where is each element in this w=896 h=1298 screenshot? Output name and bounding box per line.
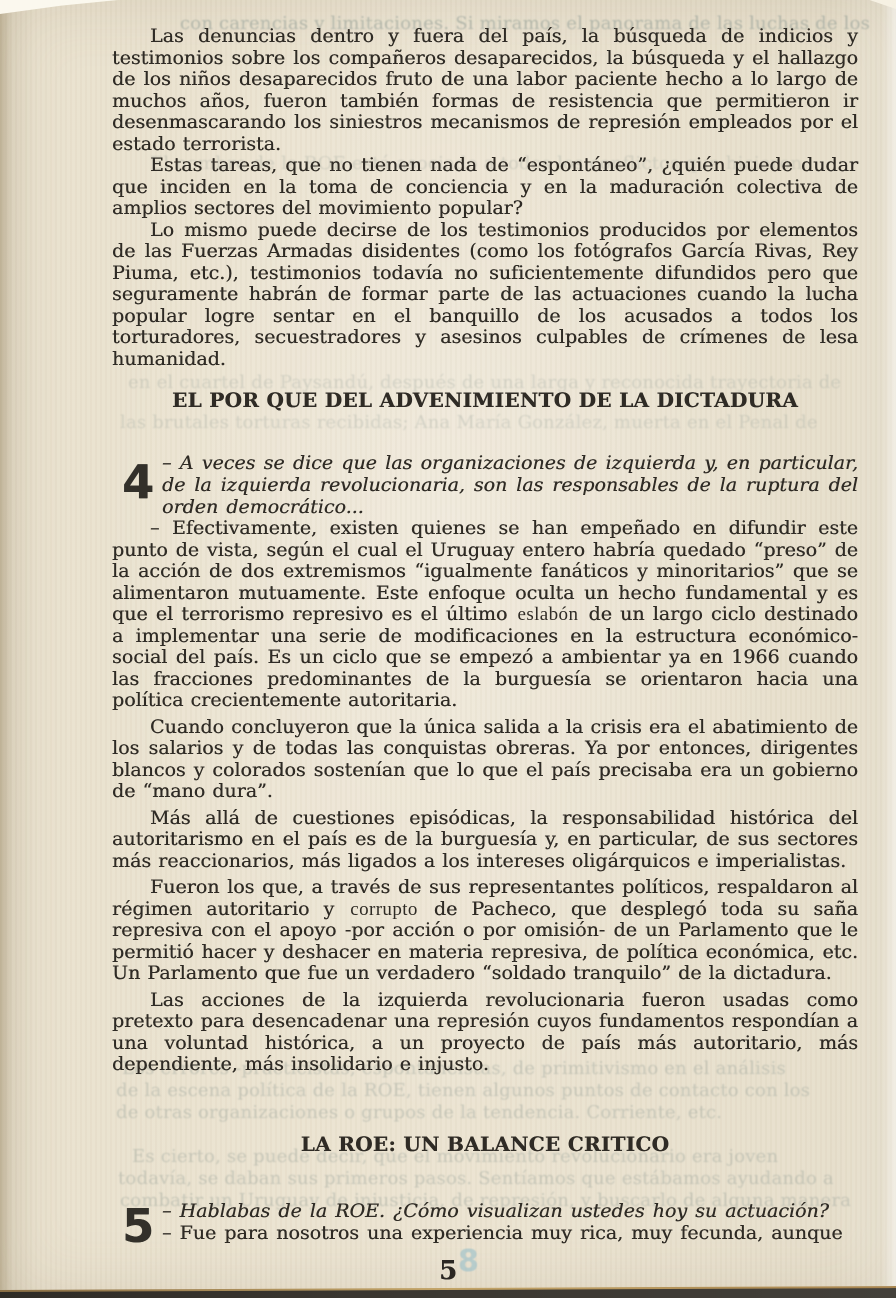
left-edge-shadow	[0, 0, 12, 1298]
question-text: – Hablabas de la ROE. ¿Cómo visualizan u…	[162, 1200, 858, 1222]
paper-edge-sliver	[0, 0, 118, 14]
question-number-5: 5	[122, 1206, 154, 1246]
paragraph: Más allá de cuestiones episódicas, la re…	[112, 808, 858, 873]
scanned-book-page: con carencias y limitaciones. Si miramos…	[0, 0, 896, 1298]
section-heading-dictadura: EL POR QUE DEL ADVENIMIENTO DE LA DICTAD…	[112, 388, 858, 412]
right-edge-highlight	[882, 0, 896, 1298]
paragraph: – Efectivamente, existen quienes se han …	[112, 518, 858, 712]
question-block-4: 4 – A veces se dice que las organizacion…	[112, 452, 858, 518]
patched-word-corrupto: corrupto	[348, 899, 420, 920]
paper-edge-notch	[866, 0, 896, 9]
text-column: Las denuncias dentro y fuera del país, l…	[112, 0, 858, 1244]
paragraph: Las denuncias dentro y fuera del país, l…	[112, 26, 858, 155]
section-heading-roe: LA ROE: UN BALANCE CRITICO	[112, 1132, 858, 1156]
answer-first-line: – Fue para nosotros una experiencia muy …	[162, 1222, 858, 1244]
question-text: – A veces se dice que las organizaciones…	[162, 452, 858, 518]
paragraph: Cuando concluyeron que la única salida a…	[112, 717, 858, 803]
paragraph: Las acciones de la izquierda revoluciona…	[112, 990, 858, 1076]
paragraph: Estas tareas, que no tienen nada de “esp…	[112, 155, 858, 220]
question-block-5: 5 – Hablabas de la ROE. ¿Cómo visualizan…	[112, 1200, 858, 1244]
patched-word-eslabon: eslabón	[516, 604, 581, 625]
page-number: 5	[0, 1256, 896, 1286]
paragraph: Lo mismo puede decirse de los testimonio…	[112, 220, 858, 371]
paragraph: Fueron los que, a través de sus represen…	[112, 877, 858, 985]
question-number-4: 4	[122, 462, 154, 502]
